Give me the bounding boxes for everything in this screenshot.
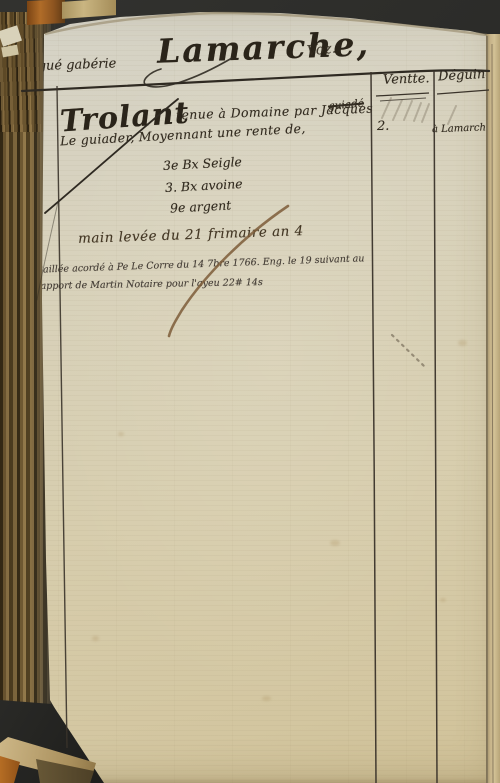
- foxing-spot: [458, 340, 467, 346]
- foxing-spot: [118, 432, 124, 436]
- column-header-1: Ventte.: [383, 71, 430, 88]
- book-edge-strip-orange: [27, 0, 65, 25]
- foxing-spot: [440, 598, 446, 602]
- underlying-page-edges: [486, 34, 500, 783]
- page-title-suffix: Voz.: [306, 41, 337, 60]
- ledger-page: Ergué gabérie Lamarche, Voz. Ventte. Dég…: [0, 0, 500, 783]
- column1-cell-value: 2.: [377, 119, 389, 134]
- page-title: Lamarche,: [156, 24, 370, 70]
- rente-item: 9e argent: [170, 197, 232, 215]
- foxing-spot: [330, 540, 340, 546]
- manuscript-photo: Ergué gabérie Lamarche, Voz. Ventte. Dég…: [0, 0, 500, 783]
- foxing-spot: [262, 696, 271, 701]
- foxing-spot: [92, 636, 99, 641]
- book-edge-strip-tan: [62, 0, 116, 19]
